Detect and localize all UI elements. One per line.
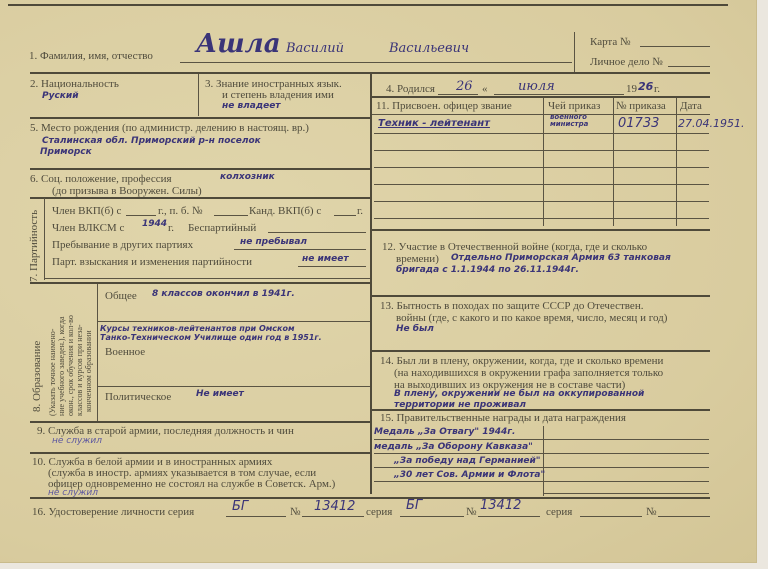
f7-vlksm-g: г. [168, 222, 174, 234]
row-divider-8 [30, 497, 710, 499]
f6-value: колхозник [220, 172, 275, 182]
f11-date: 27.04.1951. [678, 117, 744, 131]
f7-bespartiyny-label: Беспартийный [188, 222, 256, 234]
lichnoe-delo-label: Личное дело № [590, 56, 663, 68]
f13-label-line1: 13. Бытность в походах по защите СССР до… [380, 300, 643, 312]
row-divider-3 [30, 168, 370, 170]
f7-penalties-label: Парт. взыскания и изменения партийности [52, 256, 252, 268]
f15-label: 15. Правительственные награды и дата наг… [380, 412, 626, 424]
karta-divider [574, 32, 575, 72]
f15-award-3: „За победу над Германией" [394, 456, 540, 466]
f8-note-line3: окон., срок обучения и кол-во [66, 315, 75, 416]
f7-other-parties-label: Пребывание в других партиях [52, 239, 193, 251]
f11-rank: Техник - лейтенант [378, 119, 490, 129]
f4-month: июля [518, 80, 555, 94]
f8-note-line1: (Указать точное наимено- [48, 329, 57, 416]
f11-row-line-3 [374, 167, 709, 168]
f1-underline [180, 62, 572, 63]
f8-note-line4: классов и курсов при неза- [75, 324, 84, 416]
f8-general-label: Общее [105, 290, 137, 302]
f16-no3-underline [658, 516, 710, 517]
f11-row-line-1 [374, 133, 709, 134]
f5-label: 5. Место рождения (по администр. делению… [30, 122, 309, 134]
f4-month-underline [494, 94, 624, 95]
row-divider-4 [30, 197, 370, 199]
f8-note-line2: ние учебного заведен.), когда [57, 316, 66, 416]
top-border [8, 4, 728, 6]
karta-label: Карта № [590, 36, 631, 48]
f1-surname: Ашла [196, 30, 281, 58]
f7-vlksm-year: 1944 [142, 219, 167, 229]
f11-header-line [372, 114, 710, 115]
f3-label-line2: и степень владения ими [222, 89, 334, 101]
f15-line-3 [374, 467, 709, 468]
officer-record-card: 1. Фамилия, имя, отчество Ашла Василий В… [0, 0, 757, 563]
f11-header-date: Дата [680, 100, 702, 112]
f16-seria1: БГ [232, 500, 248, 514]
f7-pb-underline [214, 215, 248, 216]
f11-col-divider-1 [543, 98, 544, 226]
f7-kand-underline [334, 215, 356, 216]
f11-col-divider-2 [613, 98, 614, 226]
f15-line-5 [544, 493, 709, 494]
f16-number1: 13412 [314, 500, 355, 514]
f16-seria1-underline [226, 516, 286, 517]
f4-label: 4. Родился [386, 83, 435, 95]
f7-other-parties-underline [234, 249, 366, 250]
f15-award-4: „30 лет Сов. Армии и Флота" [394, 470, 545, 480]
f11-header-whose-order: Чей приказ [548, 100, 600, 112]
f11-row-line-6 [374, 218, 709, 219]
f1-label: 1. Фамилия, имя, отчество [29, 50, 153, 62]
f16-seria2: БГ [406, 499, 422, 513]
f15-col-divider [543, 426, 544, 496]
f16-number2: 13412 [480, 499, 521, 513]
f16-no1-underline [302, 516, 364, 517]
f4-year-prefix: 19 [626, 83, 637, 95]
f7-penalties-value: не имеет [302, 254, 349, 264]
f16-label: 16. Удостоверение личности серия [32, 506, 194, 518]
f4-bottom-border [372, 96, 710, 98]
f5-value-line1: Сталинская обл. Приморский р-н поселок [42, 136, 261, 146]
f15-award-1: Медаль „За Отвагу" 1944г. [374, 427, 515, 437]
f7-bespartiyny-underline [268, 232, 366, 233]
f8-general-bottom [97, 321, 370, 322]
f4-quote: « [482, 83, 488, 95]
f8-military-value-line1: Курсы техников-лейтенантов при Омском [100, 324, 294, 333]
f7-vkpb-label: Член ВКП(б) с [52, 205, 121, 217]
f7-vkpb-underline [126, 215, 156, 216]
f7-bottom-inner [44, 278, 370, 279]
f11-bottom-border [372, 229, 710, 231]
f12-bottom-border [372, 295, 710, 297]
f15-award-2: медаль „За Оборону Кавказа" [374, 442, 533, 452]
f8-political-value: Не имеет [196, 389, 244, 399]
f4-year-suffix: 26 [638, 82, 653, 92]
f11-order-no: 01733 [618, 117, 659, 131]
f15-line-2 [374, 453, 709, 454]
f12-label-line2: времени) [396, 253, 439, 265]
f8-note-line5: конченном образовании [84, 330, 93, 412]
f16-seria3-underline [580, 516, 642, 517]
center-divider [370, 74, 372, 494]
f7-vlksm-label: Член ВЛКСМ с [52, 222, 124, 234]
f8-military-label: Военное [105, 346, 145, 358]
f8-political-label: Политическое [105, 391, 171, 403]
f11-row-line-2 [374, 150, 709, 151]
f16-no2-underline [478, 516, 540, 517]
lichnoe-delo-underline [668, 66, 710, 67]
f14-label-line1: 14. Был ли в плену, окружении, когда, гд… [380, 355, 663, 367]
f13-bottom-border [372, 350, 710, 352]
f8-divider [97, 284, 98, 422]
f8-military-value-line2: Танко-Техническом Училище один год в 195… [100, 333, 322, 342]
row-divider-6 [30, 421, 370, 423]
f7-divider [44, 198, 45, 280]
f9-value: не служил [52, 436, 102, 446]
f14-label-line2: (на находившихся в окружении графа запол… [394, 367, 663, 379]
f7-pb-label: г., п. б. № [158, 205, 203, 217]
karta-underline [640, 46, 710, 47]
row-divider-7 [30, 452, 370, 454]
f8-general-value: 8 классов окончил в 1941г. [152, 289, 295, 299]
f16-no2-label: № [466, 506, 477, 518]
f11-header-rank: 11. Присвоен. офицер звание [376, 100, 512, 112]
f3-value: не владеет [222, 101, 281, 111]
f7-penalties-underline [298, 266, 366, 267]
f1-name: Василий [286, 42, 344, 56]
f16-seria2-label: серия [366, 506, 392, 518]
f7-section-label: 7. Партийность [28, 210, 40, 282]
row-divider-5 [30, 282, 370, 284]
f5-value-line2: Приморск [40, 147, 92, 157]
f8-section-label: 8. Образование [31, 341, 43, 412]
f16-no3-label: № [646, 506, 657, 518]
f13-label-line2: войны (где, с какого и по какое время, ч… [396, 312, 667, 324]
f6-label-line2: (до призыва в Вооружен. Силы) [52, 185, 202, 197]
f8-military-bottom [97, 386, 370, 387]
f15-line-1 [374, 439, 709, 440]
f4-year-unit: г. [654, 83, 660, 95]
f2-value: Руский [42, 91, 79, 101]
row-divider-2 [30, 117, 370, 119]
f11-row-line-5 [374, 201, 709, 202]
f11-header-order-no: № приказа [616, 100, 666, 112]
f12-label-line1: 12. Участие в Отечественной войне (когда… [382, 241, 647, 253]
f12-value-line2: бригада с 1.1.1944 по 26.11.1944г. [396, 265, 579, 275]
f12-value-line1: Отдельно Приморская Армия 63 танковая [451, 253, 671, 263]
f11-whose-order: военного министра [550, 114, 608, 128]
f1-patronymic: Васильевич [389, 42, 469, 56]
f7-g: г. [357, 205, 363, 217]
f16-seria3-label: серия [546, 506, 572, 518]
f11-col-divider-3 [676, 98, 677, 226]
f11-row-line-4 [374, 184, 709, 185]
f13-value: Не был [396, 324, 434, 334]
f2-label: 2. Национальность [30, 78, 119, 90]
f16-seria2-underline [400, 516, 464, 517]
f16-no1-label: № [290, 506, 301, 518]
f15-line-4 [374, 481, 709, 482]
f4-day-underline [438, 94, 478, 95]
f7-other-parties-value: не пребывал [240, 237, 307, 247]
f6-label-line1: 6. Соц. положение, профессия [30, 173, 172, 185]
f14-bottom-border [372, 409, 710, 411]
f14-value-line1: В плену, окружении не был на оккупирован… [394, 389, 644, 399]
f2-f3-divider [198, 74, 199, 116]
f4-day: 26 [456, 80, 473, 94]
f7-kand-label: Канд. ВКП(б) с [249, 205, 321, 217]
